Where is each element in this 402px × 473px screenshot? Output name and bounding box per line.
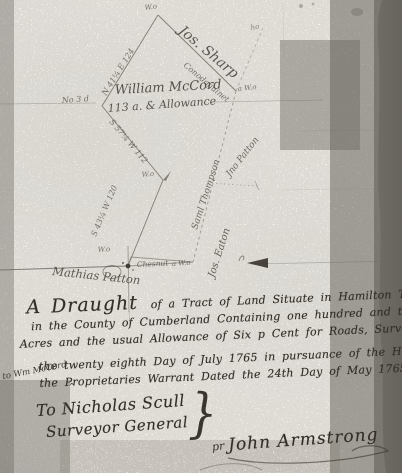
surveyor-signature: John Armstrong	[227, 425, 379, 455]
draught-caption: A Draught of a Tract of Land Situate in …	[14, 284, 402, 393]
signature-block: To Nicholas Scull Surveyor General } pr …	[0, 390, 402, 473]
brace-glyph: }	[188, 382, 217, 444]
scanned-survey-document: Jos. Sharp Conodoguinet William McCord 1…	[0, 0, 402, 473]
per-abbreviation: pr	[211, 439, 225, 453]
